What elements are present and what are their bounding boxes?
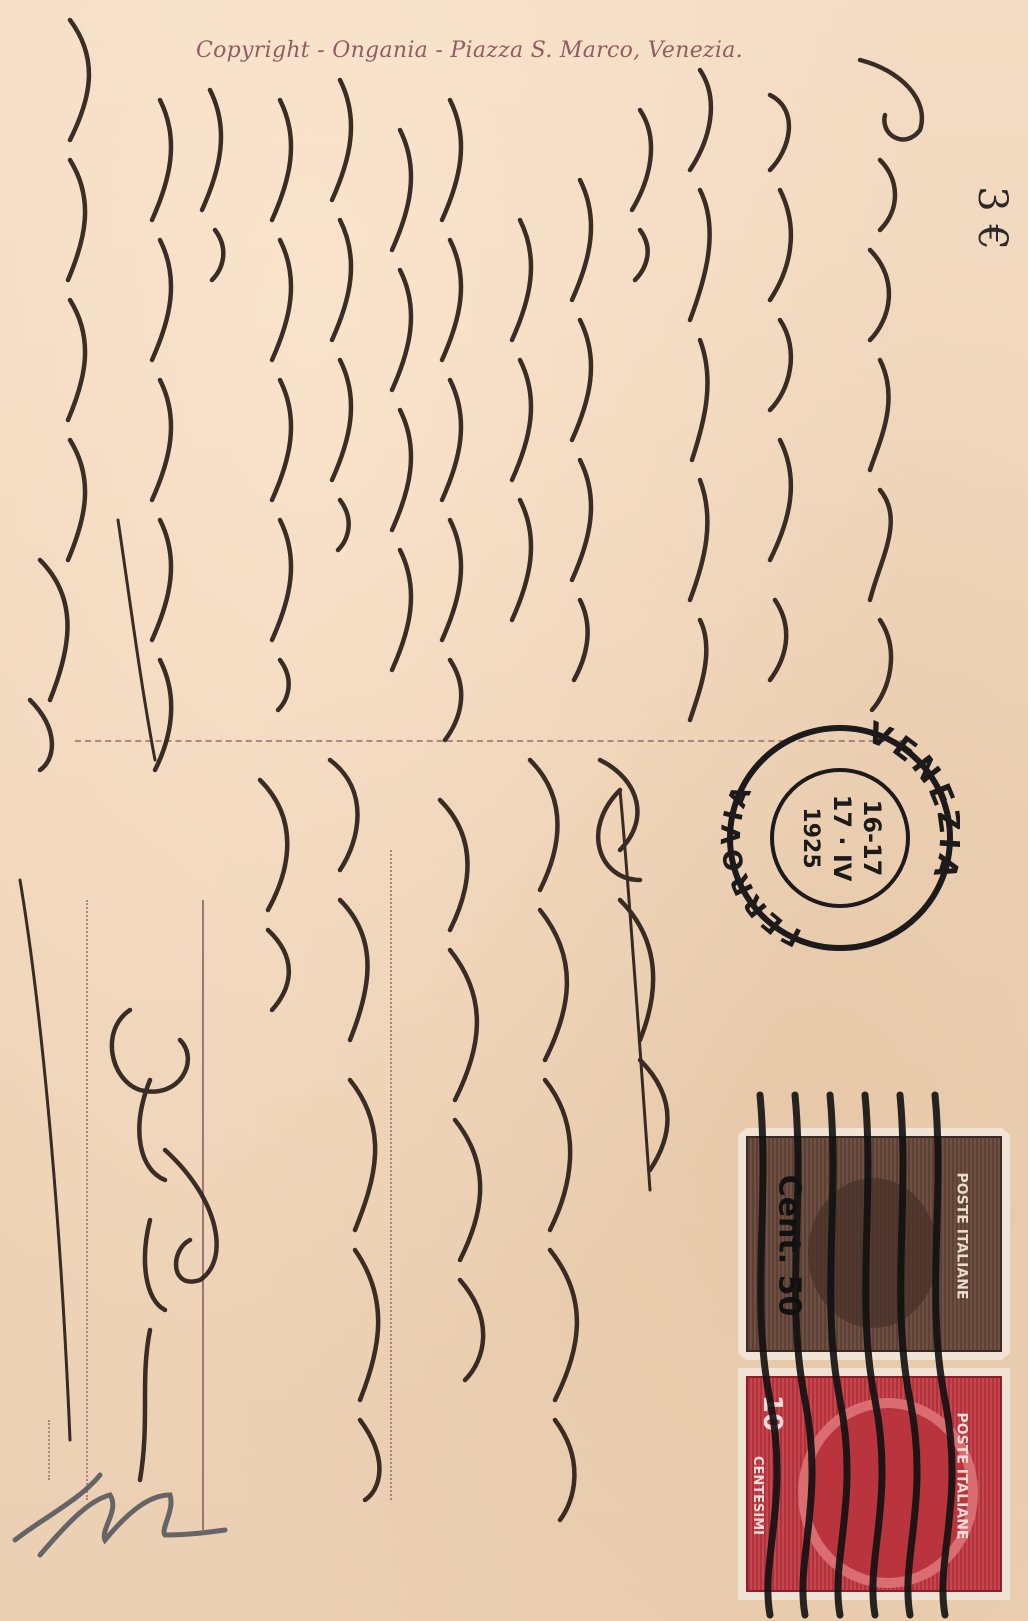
wavy-cancellation-lines <box>0 0 1028 1621</box>
postcard-back: Copyright - Ongania - Piazza S. Marco, V… <box>0 0 1028 1621</box>
